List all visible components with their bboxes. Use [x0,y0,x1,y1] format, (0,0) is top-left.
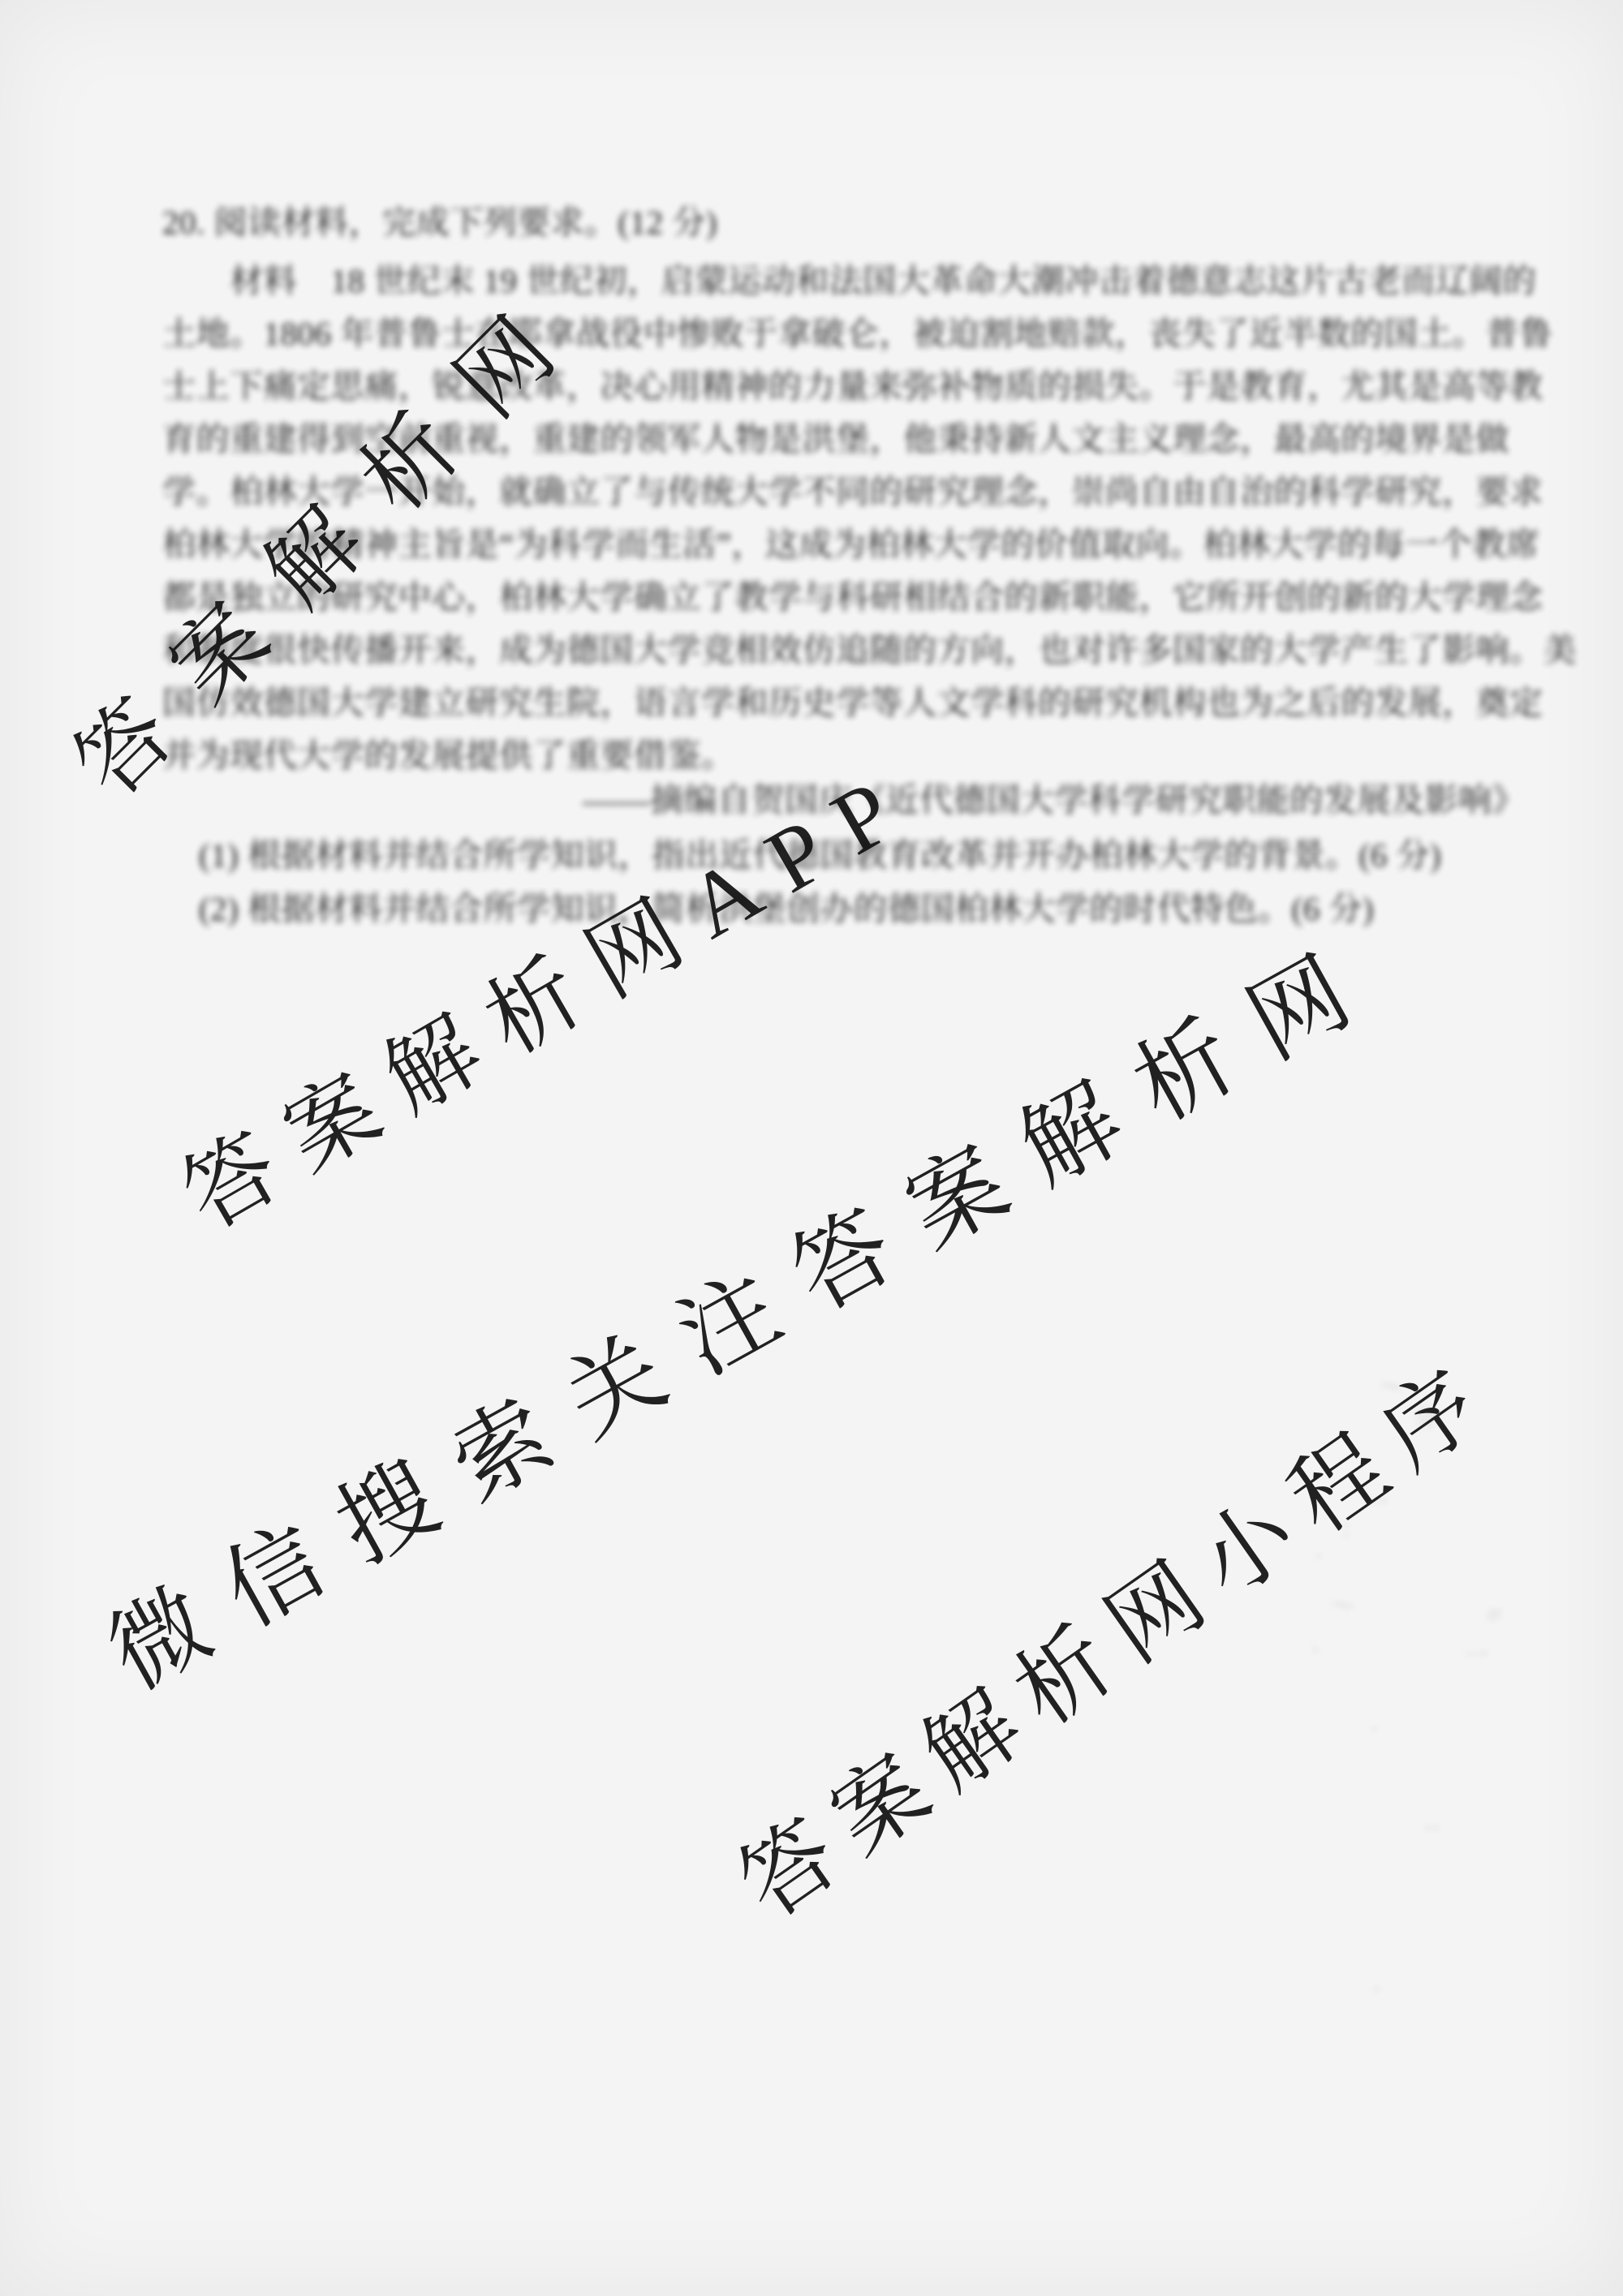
material-paragraph-line: 并为现代大学的发展提供了重要借鉴。 [162,734,735,776]
scanned-exam-page: 20. 阅读材料，完成下列要求。(12 分) 材料 18 世纪末 19 世纪初，… [0,0,1623,2296]
watermark-mini-program: 答案解析网小程序 [709,1322,1518,1942]
material-paragraph-line: 材料 18 世纪末 19 世纪初，启蒙运动和法国大革命大潮冲击着德意志这片古老而… [230,260,1536,302]
bleed-through-mark: 〃 [1482,1597,1506,1632]
bleed-through-mark: ． [1311,1623,1336,1658]
bleed-through-mark: · [1370,1716,1378,1743]
bleed-through-mark: ‥ [1424,1808,1440,1836]
bleed-through-mark: ～ [1331,1586,1355,1622]
bleed-through-mark: ． [1373,1962,1397,1997]
bleed-through-mark: 一 [1464,1636,1488,1671]
material-paragraph-line: 土地。1806 年普鲁士在耶拿战役中惨败于拿破仑，被迫割地赔款，丧失了近半数的国… [162,312,1552,355]
material-paragraph-line: 国仿效德国大学建立研究生院，语言学和历史学等人文学科的研究机构也为之后的发展，奠… [162,681,1543,724]
question-number-line: 20. 阅读材料，完成下列要求。(12 分) [162,201,717,243]
material-paragraph-line: 和制度很快传播开来，成为德国大学竞相效仿追随的方向，也对许多国家的大学产生了影响… [162,629,1577,671]
